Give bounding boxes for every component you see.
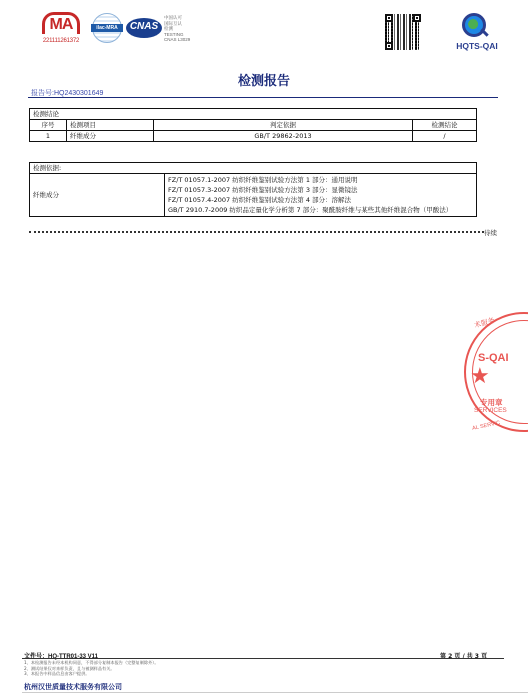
to-be-continued-label: 待续 [484,228,497,237]
table-row: 纤维成分 FZ/T 01057.1-2007 纺织纤维鉴别试验方法第 1 部分：… [30,174,477,217]
header-no: 序号 [30,120,67,131]
standard-line: FZ/T 01057.4-2007 纺织纤维鉴别试验方法第 4 部分：溶解法 [168,195,473,205]
header-item: 检测项目 [67,120,154,131]
header-divider [28,97,498,98]
report-number-value: HQ2430301649 [54,90,103,97]
hqts-label: HQTS-QAI [452,41,502,51]
basis-section-title: 检测依据: [30,163,477,174]
stamp-top-text: 术服务 [473,315,496,330]
cnas-logo: CNAS [126,16,162,40]
cma-logo: MA 221111261372 [38,12,84,46]
stamp-services-text: SERVICES [474,407,507,414]
ilac-mra-logo: ilac-MRA [92,13,122,43]
header-result: 检测结论 [413,120,477,131]
footer-company-name: 杭州汉世质量技术服务有限公司 [24,682,122,692]
footer-divider [22,658,504,659]
standard-line: GB/T 2910.7-2009 纺织品定量化学分析第 7 部分：聚酰胺纤维与某… [168,205,473,215]
cell-no: 1 [30,131,67,142]
footer-note: 1、本检测报告未经本机构同意，不得部分复制本报告（完整复制除外）。 [24,660,159,666]
standard-line: FZ/T 01057.1-2007 纺织纤维鉴别试验方法第 1 部分：通用说明 [168,175,473,185]
basis-item: 纤维成分 [30,174,165,217]
stamp-brand: S-QAI [478,352,509,364]
qr-finder-icon [385,14,393,22]
basis-standards: FZ/T 01057.1-2007 纺织纤维鉴别试验方法第 1 部分：通用说明 … [165,174,477,217]
qr-finder-icon [385,42,393,50]
official-seal-stamp: 术服务 S-QAI ★ 专用章 SERVICES AL SERVIC [464,312,528,432]
cnas-sub-line: CNAS L3029 [164,37,204,43]
document-title: 检测报告 [0,70,528,89]
star-icon: ★ [470,366,490,388]
ilac-label: ilac-MRA [91,24,123,32]
test-basis-table: 检测依据: 纤维成分 FZ/T 01057.1-2007 纺织纤维鉴别试验方法第… [29,162,477,217]
header-basis: 判定依据 [154,120,413,131]
cnas-sub-text: 中国认可 国际互认 检测 TESTING CNAS L3029 [164,15,204,43]
magnifier-handle-icon [480,28,488,36]
qr-finder-icon [413,14,421,22]
cma-mark: MA [42,12,80,34]
conclusion-table: 检测结论 序号 检测项目 判定依据 检测结论 1 纤维成分 GB/T 29862… [29,108,477,142]
standard-line: FZ/T 01057.3-2007 纺织纤维鉴别试验方法第 3 部分：显微镜法 [168,185,473,195]
page-bottom-divider [22,692,528,693]
cell-result: / [413,131,477,142]
qr-code-icon[interactable] [385,14,421,50]
footer-note: 3、本报告中样品信息由客户提供。 [24,671,159,677]
report-number-label: 报告号: [31,90,54,97]
cma-number: 221111261372 [38,38,84,44]
footer-notes: 1、本检测报告未经本机构同意，不得部分复制本报告（完整复制除外）。 2、测试结果… [24,660,159,677]
cell-item: 纤维成分 [67,131,154,142]
conclusion-section-title: 检测结论 [30,109,477,120]
hqts-logo: HQTS-QAI [452,13,500,57]
cell-basis: GB/T 29862-2013 [154,131,413,142]
table-row: 1 纤维成分 GB/T 29862-2013 / [30,131,477,142]
table-header-row: 序号 检测项目 判定依据 检测结论 [30,120,477,131]
stamp-bottom-text: AL SERVIC [472,420,501,432]
cnas-label: CNAS [126,21,162,32]
end-dotted-line [29,231,484,233]
